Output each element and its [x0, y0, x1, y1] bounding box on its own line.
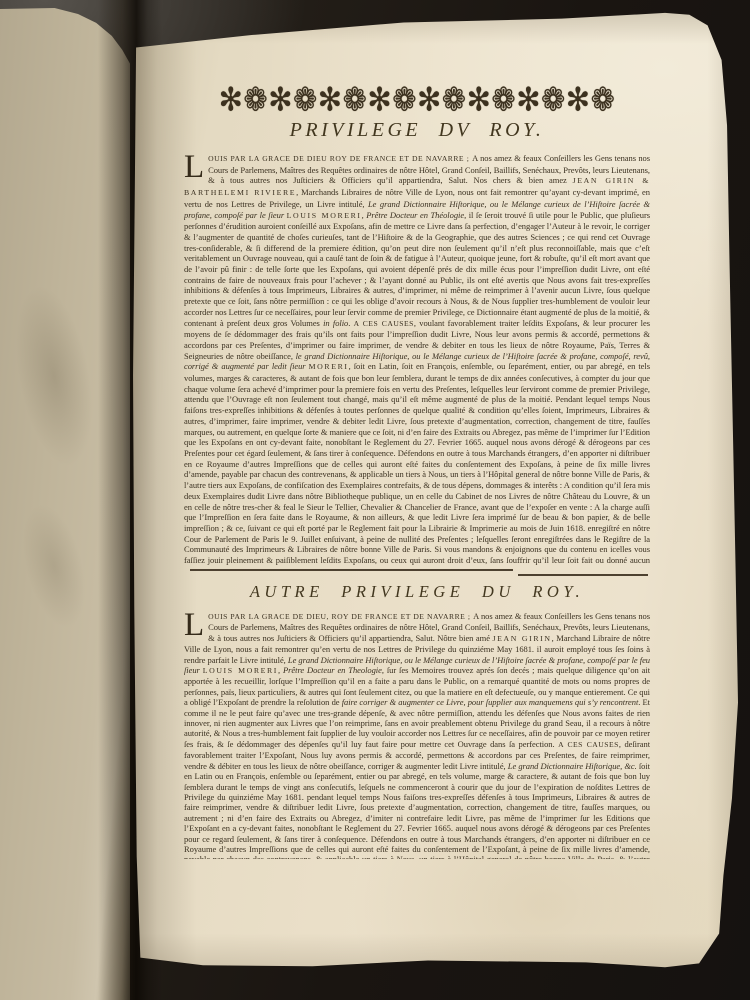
section-rule-left — [190, 569, 513, 571]
autre-privilege-title: AUTRE PRIVILEGE DU ROY. — [184, 582, 650, 602]
ornament-band: ✻❁✻❁✻❁✻❁✻❁✻❁✻❁✻❁ — [184, 78, 650, 123]
privilege2-text: LOUIS PAR LA GRACE DE DIEU, ROY DE FRANC… — [184, 611, 650, 859]
drop-cap-1: L — [184, 153, 208, 181]
privilege1-text: LOUIS PAR LA GRACE DE DIEU ROY DE FRANCE… — [184, 153, 650, 567]
drop-cap-2: L — [184, 611, 208, 639]
show-through-smudge — [0, 469, 115, 663]
show-through-smudge — [0, 239, 126, 512]
photo-background: ✻❁✻❁✻❁✻❁✻❁✻❁✻❁✻❁ PRIVILEGE DV ROY. LOUIS… — [0, 0, 750, 1000]
book-page: ✻❁✻❁✻❁✻❁✻❁✻❁✻❁✻❁ PRIVILEGE DV ROY. LOUIS… — [130, 10, 738, 972]
previous-page-edge — [0, 6, 130, 1000]
privilege1-body: OUIS PAR LA GRACE DE DIEU ROY DE FRANCE … — [184, 153, 650, 567]
privilege2-body: OUIS PAR LA GRACE DE DIEU, ROY DE FRANCE… — [184, 611, 650, 859]
privilege-title: PRIVILEGE DV ROY. — [184, 119, 650, 142]
section-rule-right — [518, 574, 648, 576]
